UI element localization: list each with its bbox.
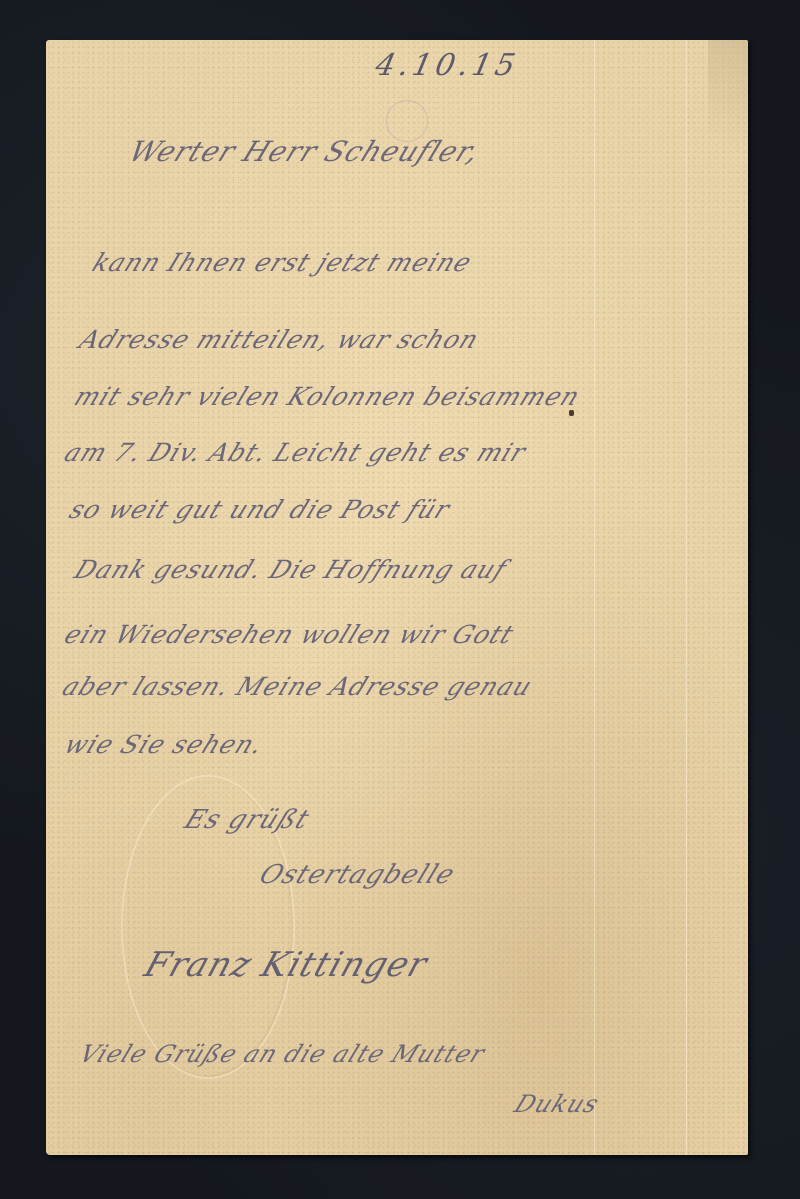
body-line: aber lassen. Meine Adresse genau bbox=[58, 672, 537, 701]
closing-sender: Ostertagbelle bbox=[255, 860, 460, 890]
body-line: mit sehr vielen Kolonnen beisammen bbox=[70, 382, 585, 411]
signature: Franz Kittinger bbox=[140, 945, 433, 985]
body-line: wie Sie sehen. bbox=[60, 730, 268, 759]
postscript: Viele Grüße an die alte Mutter bbox=[75, 1040, 489, 1068]
closing-greeting: Es grüßt bbox=[180, 805, 314, 835]
fold-line bbox=[594, 40, 595, 1155]
postscript-signature: Dukus bbox=[510, 1090, 603, 1118]
worn-corner bbox=[708, 40, 748, 170]
body-line: Adresse mitteilen, war schon bbox=[75, 325, 484, 354]
salutation: Werter Herr Scheufler, bbox=[124, 135, 485, 168]
postcard: 4.10.15 Werter Herr Scheufler, kann Ihne… bbox=[46, 40, 748, 1155]
body-line: kann Ihnen erst jetzt meine bbox=[88, 248, 477, 277]
body-line: so weit gut und die Post für bbox=[65, 495, 455, 524]
fold-line bbox=[686, 40, 687, 1155]
date: 4.10.15 bbox=[372, 48, 522, 83]
body-line: ein Wiedersehen wollen wir Gott bbox=[60, 620, 519, 649]
body-line: Dank gesund. Die Hoffnung auf bbox=[70, 555, 511, 584]
body-line: am 7. Div. Abt. Leicht geht es mir bbox=[60, 438, 531, 467]
